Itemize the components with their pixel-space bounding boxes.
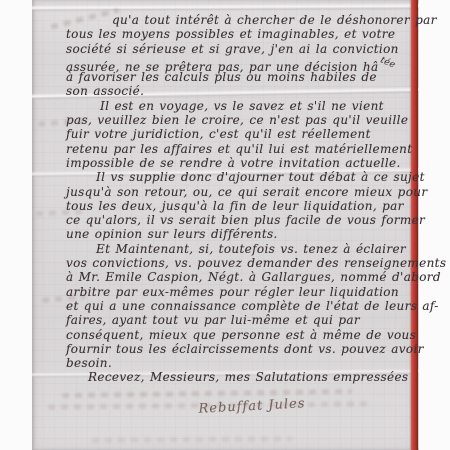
letter-line: Recevez, Messieurs, mes Salutations empr… [66,370,405,384]
letter-line: assurée, ne se prêtera pas, par une déci… [66,56,405,70]
letter-line: faires, ayant tout vu par lui-même et qu… [66,313,405,327]
letter-line: et qui a une connaissance complète de l'… [66,299,405,313]
letter-line: Il est en voyage, vs le savez et s'il ne… [66,99,405,113]
inserted-word: tée [378,53,398,72]
letter-line: arbitre par eux-mêmes pour régler leur l… [66,285,405,299]
letter-line: jusqu'à son retour, ou, ce qui serait en… [66,185,405,199]
letter-line: ce qu'alors, il vs serait bien plus faci… [66,213,405,227]
letter-line: à Mr. Emile Caspion, Négt. à Gallargues,… [66,270,405,284]
letter-line: qu'a tout intérêt à chercher de le désho… [66,13,405,27]
letter-line: son associé. [66,84,405,98]
letter-line: pas, veuillez bien le croire, ce n'est p… [66,113,405,127]
letter-line: tous les deux, jusqu'à la fin de leur li… [66,199,405,213]
letter-page: qu'a tout intérêt à chercher de le désho… [32,0,419,450]
letter-line: Et Maintenant, si, toutefois vs. tenez à… [66,242,405,256]
letter-line: fournir tous les éclaircissements dont v… [66,342,405,356]
letter-body: qu'a tout intérêt à chercher de le désho… [66,13,405,385]
letter-line: conséquent, mieux que personne est à mêm… [66,328,405,342]
letter-line: retenu par les affaires et qu'il lui est… [66,142,405,156]
letter-line: besoin. [66,356,405,370]
letter-line: tous les moyens possibles et imaginables… [66,27,405,41]
letter-line: Il vs supplie donc d'ajourner tout débat… [66,170,405,184]
letter-line: impossible de se rendre à votre invitati… [66,156,405,170]
scanned-letter: qu'a tout intérêt à chercher de le désho… [0,0,450,450]
letter-line: fuir votre juridiction, c'est qu'il est … [66,127,405,141]
letter-line: vos convictions, vs. pouvez demander des… [66,256,405,270]
letter-line: à favoriser les calculs plus ou moins ha… [66,70,405,84]
letter-line: société si sérieuse et si grave, j'en ai… [66,42,405,56]
letter-line: une opinion sur leurs différents. [66,227,405,241]
